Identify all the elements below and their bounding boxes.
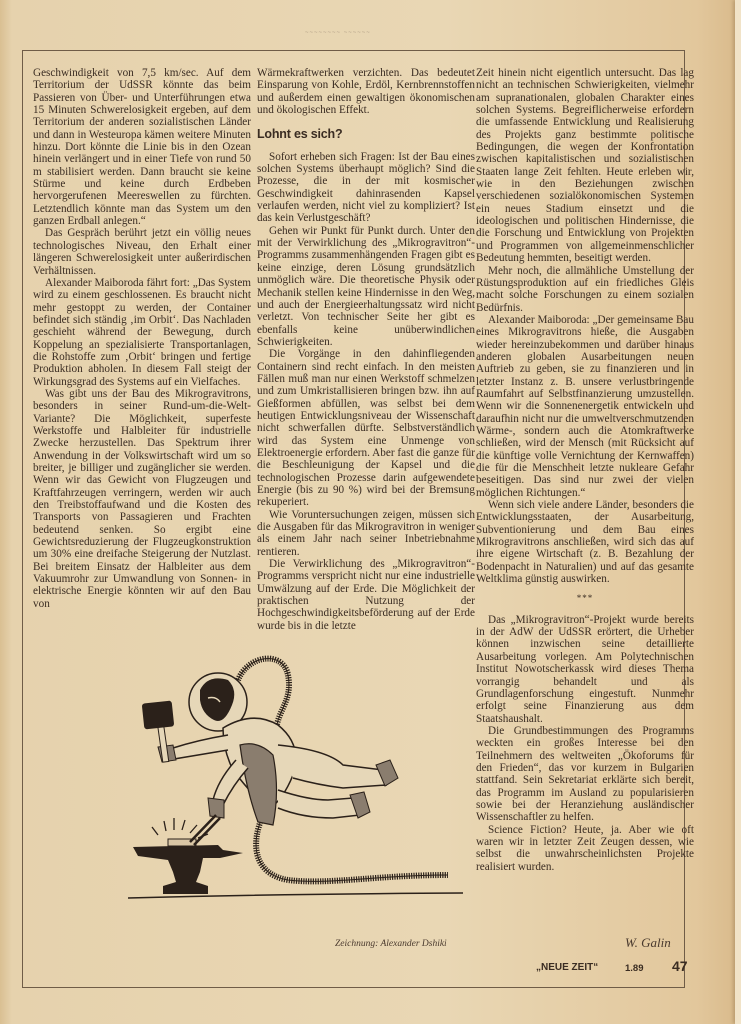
column-3: Zeit hinein nicht eigentlich untersucht.… bbox=[476, 67, 694, 873]
paragraph: Das Gespräch berührt jetzt ein völlig ne… bbox=[33, 227, 251, 276]
column-1: Geschwindigkeit von 7,5 km/sec. Auf dem … bbox=[33, 67, 251, 610]
section-separator: *** bbox=[476, 592, 694, 604]
magazine-name: „NEUE ZEIT“ bbox=[536, 962, 598, 973]
paragraph: Wenn sich viele andere Länder, besonders… bbox=[476, 499, 694, 585]
page-number: 47 bbox=[672, 958, 688, 974]
paragraph: Wie Voruntersuchungen zeigen, müssen sic… bbox=[257, 509, 475, 558]
article-author: W. Galin bbox=[625, 935, 671, 951]
paragraph: Wärmekraftwerken verzichten. Das bedeute… bbox=[257, 67, 475, 116]
issue-number: 1.89 bbox=[625, 963, 644, 974]
cosmonaut-blacksmith-illustration bbox=[128, 650, 468, 900]
magazine-page: ~~~~~~~~ ~~~~~~ Geschwindigkeit von 7,5 … bbox=[0, 0, 741, 1024]
section-heading: Lohnt es sich? bbox=[257, 128, 475, 140]
paragraph: Zeit hinein nicht eigentlich untersucht.… bbox=[476, 67, 694, 265]
paragraph: Geschwindigkeit von 7,5 km/sec. Auf dem … bbox=[33, 67, 251, 227]
paragraph: Mehr noch, die allmähliche Umstellung de… bbox=[476, 265, 694, 314]
illustration-caption: Zeichnung: Alexander Dshiki bbox=[335, 939, 447, 949]
paragraph: Alexander Maiboroda: „Der gemeinsame Bau… bbox=[476, 314, 694, 499]
paragraph: Die Grundbestimmungen des Programms weck… bbox=[476, 725, 694, 824]
paragraph: Die Verwirklichung des „Mikrogravitron“-… bbox=[257, 558, 475, 632]
paragraph: Alexander Maiboroda fährt fort: „Das Sys… bbox=[33, 277, 251, 388]
header-mark: ~~~~~~~~ ~~~~~~ bbox=[305, 30, 425, 37]
paragraph: Science Fiction? Heute, ja. Aber wie oft… bbox=[476, 824, 694, 873]
paragraph: Das „Mikrogravitron“-Projekt wurde berei… bbox=[476, 614, 694, 725]
paragraph: Sofort erheben sich Fragen: Ist der Bau … bbox=[257, 151, 475, 225]
paragraph: Gehen wir Punkt für Punkt durch. Unter d… bbox=[257, 225, 475, 348]
anvil-icon bbox=[133, 818, 243, 894]
paragraph: Die Vorgänge in den dahinfliegenden Cont… bbox=[257, 348, 475, 508]
paragraph: Was gibt uns der Bau des Mikrogravitrons… bbox=[33, 388, 251, 610]
column-2: Wärmekraftwerken verzichten. Das bedeute… bbox=[257, 67, 475, 632]
